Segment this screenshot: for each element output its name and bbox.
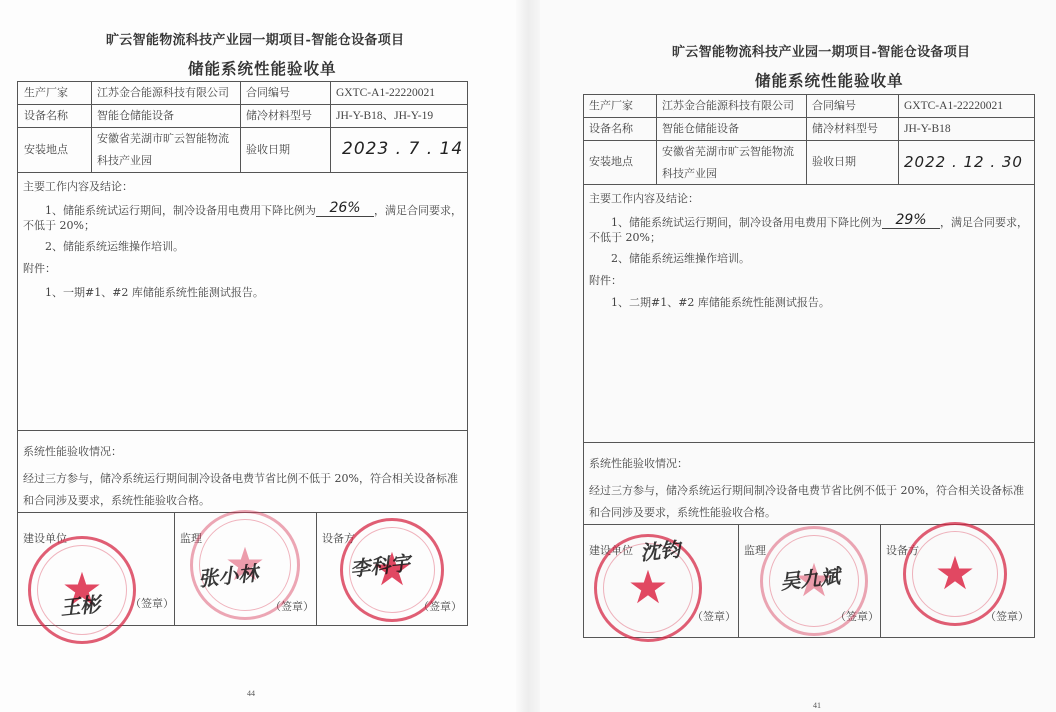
work-heading: 主要工作内容及结论： <box>23 180 133 194</box>
work-item-1-line2: 不低于 20%； <box>589 231 661 245</box>
star-icon: ★ <box>934 550 975 596</box>
signature: 沈钧 <box>639 533 682 566</box>
performance-line-2: 和合同涉及要求，系统性能验收合格。 <box>589 506 776 520</box>
acceptance-date-value: 2022 . 12 . 30 <box>904 153 1023 171</box>
work-item-1: 1、储能系统试运行期间，制冷设备用电费用下降比例为26%，满足合同要求， <box>45 203 462 219</box>
manufacturer-value: 江苏金合能源科技有限公司 <box>662 99 794 113</box>
acceptance-date-value: 2023 . 7 . 14 <box>342 139 463 159</box>
manufacturer-value: 江苏金合能源科技有限公司 <box>97 86 229 100</box>
contract-no-value: GXTC-A1-22220021 <box>904 99 1003 113</box>
material-model-label: 储冷材料型号 <box>812 122 878 136</box>
contract-no-value: GXTC-A1-22220021 <box>336 86 435 100</box>
project-title: 旷云智能物流科技产业园一期项目-智能仓设备项目 <box>106 29 404 48</box>
work-item-1-line2: 不低于 20%； <box>23 219 95 233</box>
acceptance-date-label: 验收日期 <box>246 143 290 157</box>
project-title: 旷云智能物流科技产业园一期项目-智能仓设备项目 <box>672 41 970 60</box>
work-item-2: 2、储能系统运维操作培训。 <box>611 252 750 266</box>
equipment-name-value: 智能仓储能设备 <box>662 122 739 136</box>
performance-heading: 系统性能验收情况： <box>23 445 122 459</box>
install-location-label: 安装地点 <box>589 155 633 169</box>
material-model-value: JH-Y-B18、JH-Y-19 <box>336 109 433 123</box>
cost-reduction-ratio: 29% <box>895 212 926 228</box>
page-number: 41 <box>813 701 821 710</box>
supervisor-label: 监理 <box>744 542 766 558</box>
construction-unit-seal: （签章） <box>130 595 174 611</box>
star-icon: ★ <box>627 564 668 610</box>
performance-line-1: 经过三方参与，储冷系统运行期间制冷设备电费节省比例不低于 20%，符合相关设备标… <box>589 484 1024 498</box>
performance-line-2: 和合同涉及要求，系统性能验收合格。 <box>23 494 210 508</box>
equipment-name-value: 智能仓储能设备 <box>97 109 174 123</box>
install-location-value: 安徽省芜湖市旷云智能物流科技产业园 <box>662 141 802 185</box>
contract-no-label: 合同编号 <box>246 86 290 100</box>
equipment-seal-stamp: ★ <box>903 522 1007 626</box>
work-heading: 主要工作内容及结论： <box>589 192 699 206</box>
attachment-item-1: 1、二期#1、#2 库储能系统性能测试报告。 <box>611 296 830 310</box>
equipment-name-label: 设备名称 <box>24 109 68 123</box>
cost-reduction-ratio: 26% <box>329 200 360 216</box>
work-item-1: 1、储能系统试运行期间，制冷设备用电费用下降比例为29%，满足合同要求， <box>611 215 1028 231</box>
performance-heading: 系统性能验收情况： <box>589 457 688 471</box>
page-gutter <box>516 0 540 712</box>
material-model-label: 储冷材料型号 <box>246 109 312 123</box>
equipment-name-label: 设备名称 <box>589 122 633 136</box>
form-title: 储能系统性能验收单 <box>755 69 904 91</box>
attachment-item-1: 1、一期#1、#2 库储能系统性能测试报告。 <box>45 286 264 300</box>
performance-line-1: 经过三方参与，储冷系统运行期间制冷设备电费节省比例不低于 20%，符合相关设备标… <box>23 472 458 486</box>
attachment-heading: 附件： <box>589 274 622 288</box>
manufacturer-label: 生产厂家 <box>589 99 633 113</box>
manufacturer-label: 生产厂家 <box>24 86 68 100</box>
attachment-heading: 附件： <box>23 262 56 276</box>
page-number: 44 <box>247 689 255 698</box>
install-location-value: 安徽省芜湖市旷云智能物流科技产业园 <box>97 128 237 172</box>
signature: 王彬 <box>59 588 102 621</box>
material-model-value: JH-Y-B18 <box>904 122 951 136</box>
construction-unit-seal: （签章） <box>692 608 736 624</box>
acceptance-date-label: 验收日期 <box>812 155 856 169</box>
form-title: 储能系统性能验收单 <box>188 57 337 79</box>
install-location-label: 安装地点 <box>24 143 68 157</box>
work-item-2: 2、储能系统运维操作培训。 <box>45 240 184 254</box>
contract-no-label: 合同编号 <box>812 99 856 113</box>
